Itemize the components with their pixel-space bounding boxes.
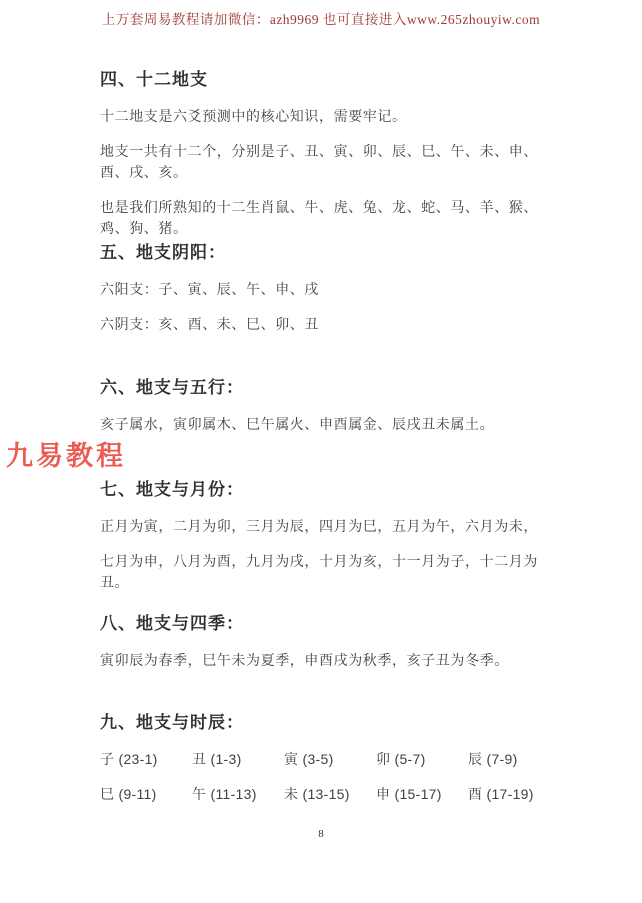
hour-cell-yin: 寅 (3-5) — [284, 749, 376, 770]
paragraph: 地支一共有十二个，分别是子、丑、寅、卯、辰、巳、午、未、申、酉、戌、亥。 — [100, 141, 560, 183]
paragraph: 六阳支：子、寅、辰、午、申、戌 — [100, 279, 560, 300]
watermark-jiuyi-jiaocheng: 九易教程 — [6, 434, 126, 473]
section-heading: 九、地支与时辰： — [100, 711, 560, 735]
paragraph: 七月为申，八月为酉，九月为戌，十月为亥，十一月为子，十二月为丑。 — [100, 551, 560, 593]
hour-cell-wu: 午 (11-13) — [192, 784, 284, 805]
paragraph: 寅卯辰为春季，巳午未为夏季，申酉戌为秋季，亥子丑为冬季。 — [100, 650, 560, 671]
hour-cell-shen: 申 (15-17) — [376, 784, 468, 805]
paragraph: 亥子属水，寅卯属木、巳午属火、申酉属金、辰戌丑未属土。 — [100, 414, 560, 435]
section-heading: 七、地支与月份： — [100, 478, 560, 502]
hour-cell-chen: 辰 (7-9) — [468, 749, 560, 770]
hour-table: 子 (23-1) 丑 (1-3) 寅 (3-5) 卯 (5-7) 辰 (7-9)… — [100, 749, 560, 805]
section-branch-yinyang: 五、地支阴阳： 六阳支：子、寅、辰、午、申、戌 六阴支：亥、酉、未、巳、卯、丑 — [100, 241, 560, 335]
page-number: 8 — [0, 828, 642, 840]
paragraph: 也是我们所熟知的十二生肖鼠、牛、虎、兔、龙、蛇、马、羊、猴、鸡、狗、猪。 — [100, 197, 560, 239]
section-branch-five-elements: 六、地支与五行： 亥子属水，寅卯属木、巳午属火、申酉属金、辰戌丑未属土。 — [100, 376, 560, 435]
hour-cell-mao: 卯 (5-7) — [376, 749, 468, 770]
header-promo-line: 上万套周易教程请加微信：azh9969 也可直接进入www.265zhouyiw… — [0, 8, 642, 28]
section-heading: 六、地支与五行： — [100, 376, 560, 400]
section-heading: 五、地支阴阳： — [100, 241, 560, 265]
paragraph: 六阴支：亥、酉、未、巳、卯、丑 — [100, 314, 560, 335]
section-twelve-branches: 四、十二地支 十二地支是六爻预测中的核心知识，需要牢记。 地支一共有十二个，分别… — [100, 68, 560, 239]
hour-cell-wei: 未 (13-15) — [284, 784, 376, 805]
hour-cell-si: 巳 (9-11) — [100, 784, 192, 805]
hour-cell-you: 酉 (17-19) — [468, 784, 560, 805]
section-branch-seasons: 八、地支与四季： 寅卯辰为春季，巳午未为夏季，申酉戌为秋季，亥子丑为冬季。 — [100, 612, 560, 671]
section-heading: 八、地支与四季： — [100, 612, 560, 636]
paragraph: 正月为寅，二月为卯，三月为辰，四月为巳，五月为午，六月为未， — [100, 516, 560, 537]
paragraph: 十二地支是六爻预测中的核心知识，需要牢记。 — [100, 106, 560, 127]
section-branch-hours: 九、地支与时辰： 子 (23-1) 丑 (1-3) 寅 (3-5) 卯 (5-7… — [100, 711, 560, 805]
section-heading: 四、十二地支 — [100, 68, 560, 92]
hour-cell-chou: 丑 (1-3) — [192, 749, 284, 770]
document-page: 上万套周易教程请加微信：azh9969 也可直接进入www.265zhouyiw… — [0, 0, 642, 903]
hour-cell-zi: 子 (23-1) — [100, 749, 192, 770]
section-branch-months: 七、地支与月份： 正月为寅，二月为卯，三月为辰，四月为巳，五月为午，六月为未， … — [100, 478, 560, 593]
